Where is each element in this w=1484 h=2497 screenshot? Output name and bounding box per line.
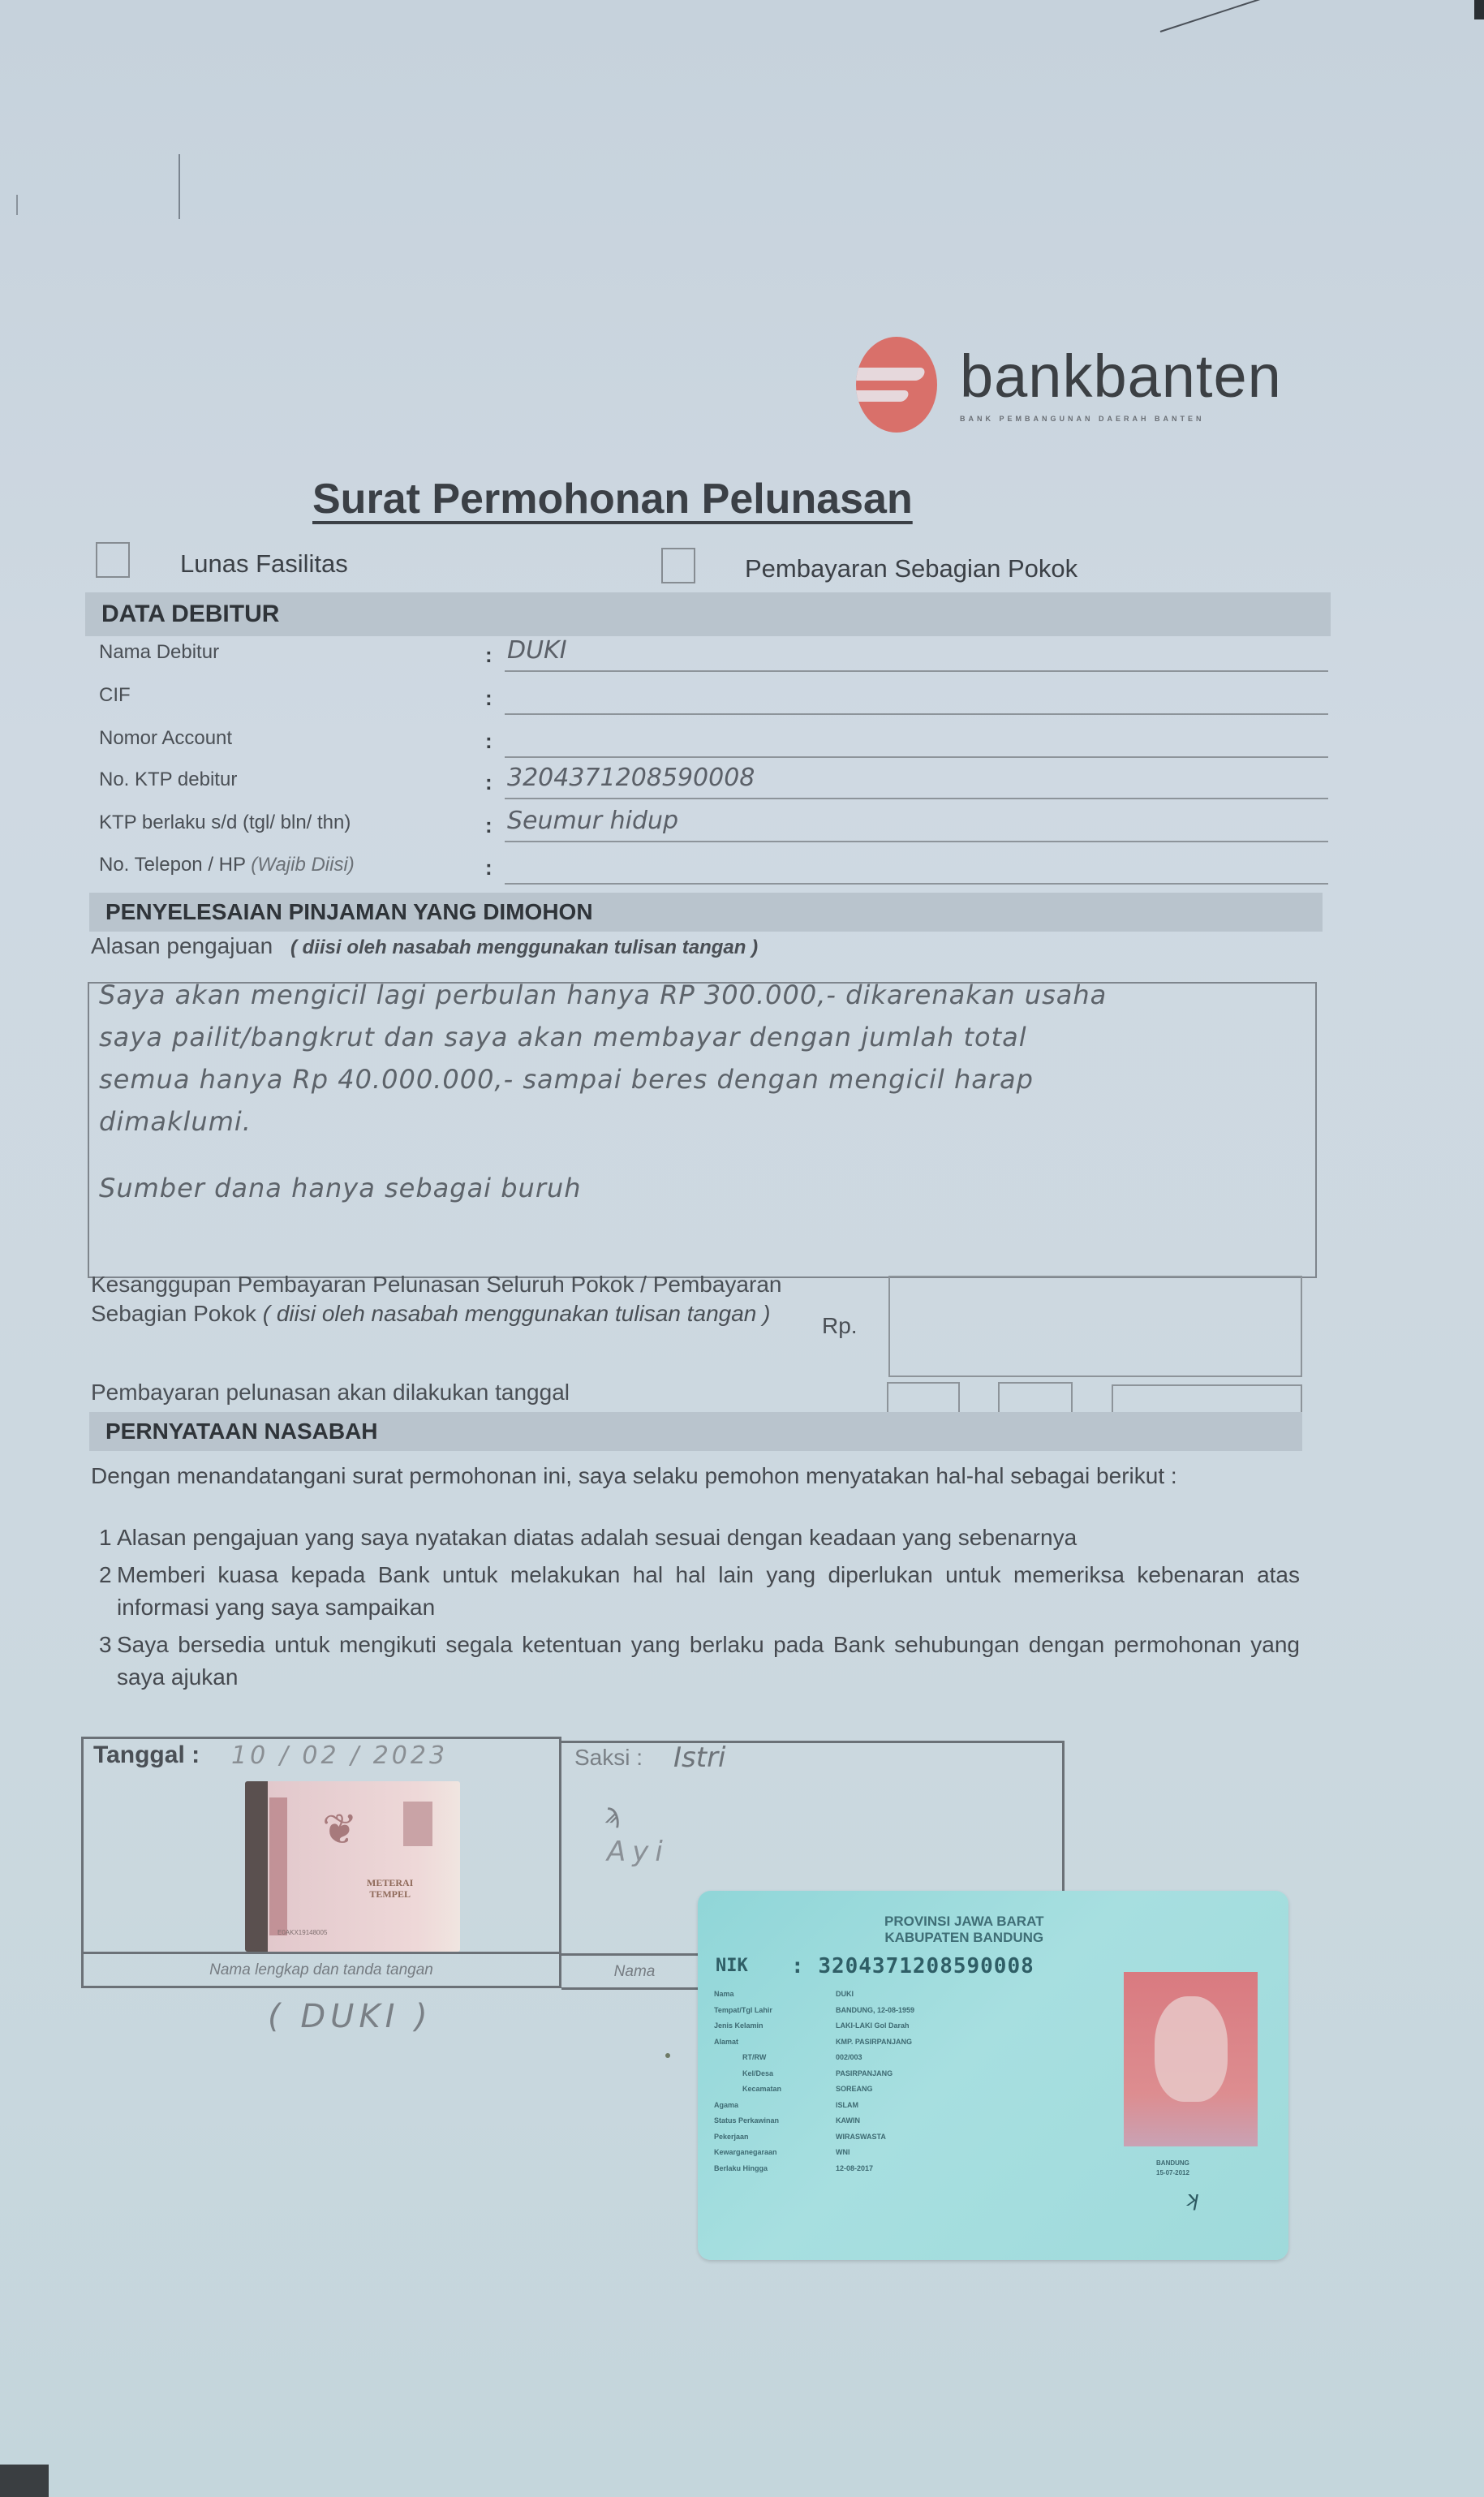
kesanggupan-note: ( diisi oleh nasabah menggunakan tulisan…	[263, 1301, 771, 1326]
garuda-icon: ❦	[322, 1806, 358, 1854]
stamp-line2: TEMPEL	[367, 1888, 413, 1900]
stamp-serial: E0AKX19148005	[277, 1929, 327, 1936]
ktp-regency: KABUPATEN BANDUNG	[884, 1930, 1043, 1946]
bank-logo-icon	[856, 337, 937, 433]
currency-label: Rp.	[822, 1313, 858, 1339]
field-underline	[505, 713, 1328, 715]
payment-day-field[interactable]	[887, 1382, 960, 1416]
witness-signature: ϡ	[604, 1797, 622, 1830]
field-value[interactable]: DUKI	[507, 636, 567, 665]
field-colon: :	[485, 729, 493, 754]
pembayaran-sebagian-checkbox[interactable]	[661, 548, 695, 583]
reason-line: saya pailit/bangkrut dan saya akan memba…	[99, 1016, 1308, 1058]
witness-label: Saksi :	[574, 1745, 643, 1771]
ktp-row: PekerjaanWIRASWASTA	[714, 2129, 1071, 2146]
document-title: Surat Permohonan Pelunasan	[312, 475, 913, 523]
reason-line: dimaklumi.	[99, 1100, 1308, 1143]
field-colon: :	[485, 770, 493, 795]
kesanggupan-label: Kesanggupan Pembayaran Pelunasan Seluruh…	[91, 1270, 805, 1328]
stamp-line1: METERAI	[367, 1877, 413, 1888]
field-underline	[505, 841, 1328, 842]
ktp-row: Tempat/Tgl LahirBANDUNG, 12-08-1959	[714, 2003, 1071, 2019]
ktp-row: Status PerkawinanKAWIN	[714, 2113, 1071, 2129]
lunas-fasilitas-label: Lunas Fasilitas	[180, 549, 348, 579]
statement-item: 1Alasan pengajuan yang saya nyatakan dia…	[99, 1522, 1300, 1554]
field-label: Nama Debitur	[99, 641, 219, 664]
field-colon: :	[485, 813, 493, 838]
field-colon: :	[485, 855, 493, 880]
field-label: No. KTP debitur	[99, 768, 237, 791]
signature-date: 10 / 02 / 2023	[231, 1741, 448, 1770]
payment-month-field[interactable]	[998, 1382, 1073, 1416]
statement-item: 2Memberi kuasa kepada Bank untuk melakuk…	[99, 1559, 1300, 1624]
section-penyelesaian: PENYELESAIAN PINJAMAN YANG DIMOHON	[89, 893, 1323, 932]
field-underline	[505, 670, 1328, 672]
ktp-id-card: PROVINSI JAWA BARAT KABUPATEN BANDUNG NI…	[698, 1891, 1288, 2260]
field-underline	[505, 756, 1328, 758]
ktp-row: AlamatKMP. PASIRPANJANG	[714, 2034, 1071, 2051]
field-value[interactable]: Seumur hidup	[507, 807, 678, 835]
reason-line: Sumber dana hanya sebagai buruh	[99, 1167, 1308, 1209]
witness-name: Ayi	[607, 1836, 669, 1868]
field-label: Nomor Account	[99, 727, 232, 750]
pen-stroke-mark	[1160, 0, 1284, 32]
ktp-row: RT/RW002/003	[714, 2050, 1071, 2066]
field-label: KTP berlaku s/d (tgl/ bln/ thn)	[99, 812, 351, 834]
bank-logo: bankbanten BANK PEMBANGUNAN DAERAH BANTE…	[856, 337, 1282, 433]
field-label: CIF	[99, 684, 131, 707]
ktp-row: Kel/DesaPASIRPANJANG	[714, 2066, 1071, 2082]
field-label: No. Telepon / HP (Wajib Diisi)	[99, 854, 355, 876]
field-colon: :	[485, 643, 493, 668]
statement-item: 3Saya bersedia untuk mengikuti segala ke…	[99, 1629, 1300, 1694]
field-underline	[505, 798, 1328, 799]
ktp-issue: BANDUNG 15-07-2012	[1156, 2159, 1189, 2178]
witness-relation: Istri	[673, 1741, 726, 1774]
ktp-fields: NamaDUKITempat/Tgl LahirBANDUNG, 12-08-1…	[714, 1987, 1071, 2176]
meterai-stamp: ❦ METERAI TEMPEL E0AKX19148005	[245, 1781, 460, 1952]
ktp-row: KewarganegaraanWNI	[714, 2145, 1071, 2161]
field-colon: :	[485, 686, 493, 711]
section-data-debitur: DATA DEBITUR	[85, 592, 1331, 636]
date-label: Tanggal :	[93, 1741, 200, 1769]
statement-list: 1Alasan pengajuan yang saya nyatakan dia…	[99, 1522, 1300, 1698]
ktp-province: PROVINSI JAWA BARAT	[884, 1914, 1043, 1930]
applicant-footer: Nama lengkap dan tanda tangan	[81, 1954, 561, 1988]
reason-label: Alasan pengajuan	[91, 933, 273, 958]
background-edge	[0, 2465, 49, 2497]
ktp-photo	[1124, 1972, 1258, 2146]
statement-intro: Dengan menandatangani surat permohonan i…	[91, 1461, 1308, 1492]
reason-line: semua hanya Rp 40.000.000,- sampai beres…	[99, 1058, 1308, 1100]
ktp-row: NamaDUKI	[714, 1987, 1071, 2003]
ktp-row: Berlaku Hingga12-08-2017	[714, 2161, 1071, 2177]
ktp-nik-label: NIK	[716, 1956, 748, 1976]
payment-date-label: Pembayaran pelunasan akan dilakukan tang…	[91, 1380, 570, 1406]
lunas-fasilitas-checkbox[interactable]	[96, 542, 130, 578]
ktp-row: AgamaISLAM	[714, 2098, 1071, 2114]
reason-note: ( diisi oleh nasabah menggunakan tulisan…	[290, 936, 758, 958]
paper-mark	[16, 195, 18, 215]
ktp-row: KecamatanSOREANG	[714, 2082, 1071, 2098]
witness-footer: Nama	[561, 1956, 708, 1990]
brand-tagline: BANK PEMBANGUNAN DAERAH BANTEN	[960, 415, 1282, 423]
reason-handwriting: Saya akan mengicil lagi perbulan hanya R…	[99, 974, 1308, 1209]
signer-name: ( DUKI )	[268, 1998, 432, 2035]
ktp-nik: : 3204371208590008	[791, 1954, 1034, 1978]
ktp-row: Jenis KelaminLAKI-LAKI Gol Darah	[714, 2018, 1071, 2034]
ink-dot	[665, 2053, 670, 2058]
field-underline	[505, 883, 1328, 885]
ktp-signature: ʞ	[1185, 2187, 1198, 2211]
reason-label-row: Alasan pengajuan ( diisi oleh nasabah me…	[91, 933, 758, 959]
paper-mark	[179, 154, 180, 219]
background-edge	[1474, 0, 1484, 19]
field-value[interactable]: 3204371208590008	[507, 764, 755, 792]
amount-field[interactable]	[888, 1276, 1302, 1377]
pembayaran-sebagian-label: Pembayaran Sebagian Pokok	[745, 554, 1078, 583]
section-pernyataan: PERNYATAAN NASABAH	[89, 1412, 1302, 1451]
brand-name: bankbanten	[960, 347, 1282, 407]
reason-line: Saya akan mengicil lagi perbulan hanya R…	[99, 974, 1308, 1016]
